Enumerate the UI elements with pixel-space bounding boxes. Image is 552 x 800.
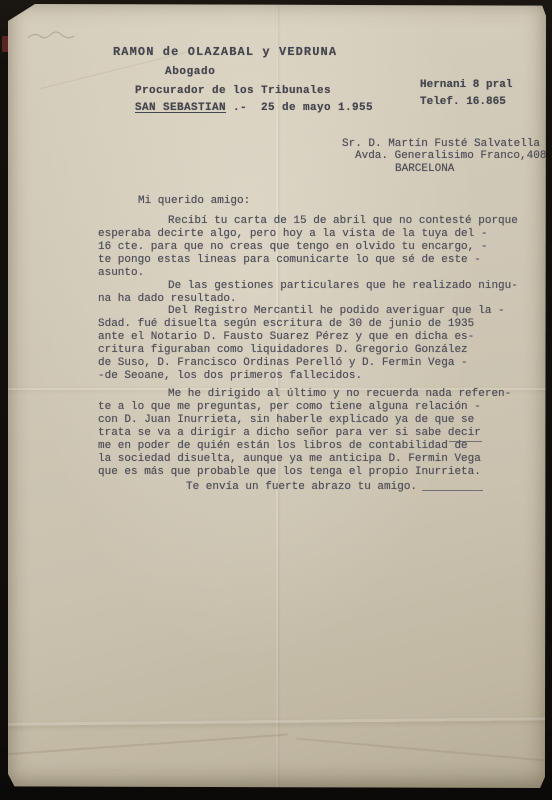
letter-line: me en poder de quién están los libros de… [98, 440, 506, 453]
letterhead-address: Hernani 8 pral [420, 79, 512, 92]
letterhead-date: .- 25 de mayo 1.955 [226, 102, 373, 114]
letter-line: esperaba decirte algo, pero hoy a la vis… [98, 228, 506, 241]
letter-paper: RAMON de OLAZABAL y VEDRUNA Abogado Proc… [8, 4, 546, 788]
letter-line: 16 cte. para que no creas que tengo en o… [98, 241, 506, 254]
typed-underline-mark [449, 441, 482, 442]
letter-line: asunto. [98, 267, 506, 280]
wrinkle-line [296, 738, 552, 763]
letter-line: Me he dirigido al último y no recuerda n… [98, 388, 506, 401]
letter-line: te a lo que me preguntas, per como tiene… [98, 401, 506, 414]
letterhead-name: RAMON de OLAZABAL y VEDRUNA [113, 46, 337, 59]
letterhead-phone: Telef. 16.865 [420, 96, 506, 109]
letter-line: critura figuraban como liquidadores D. G… [98, 344, 506, 357]
letter-line: Del Registro Mercantil he podido averigu… [98, 305, 506, 318]
letter-line: De las gestiones particulares que he rea… [98, 280, 506, 293]
letter-line: Recibí tu carta de 15 de abril que no co… [98, 215, 506, 228]
closing-line: Te envía un fuerte abrazo tu amigo. [186, 481, 417, 494]
letterhead-city-date: SAN SEBASTIAN .- 25 de mayo 1.955 [135, 102, 373, 115]
recipient-address: Avda. Generalisimo Franco,408 [355, 150, 546, 163]
wrinkle-line [0, 734, 288, 757]
letter-line: que es más que probable que los tenga el… [98, 466, 506, 479]
paragraph-2: De las gestiones particulares que he rea… [98, 280, 506, 306]
pencil-mark [24, 24, 78, 48]
letter-line: trata se va a dirigir a dicho señor para… [98, 427, 506, 440]
letterhead-title-1: Abogado [165, 66, 215, 79]
letter-line: la sociedad disuelta, aunque ya me antic… [98, 453, 506, 466]
letter-line: ante el Notario D. Fausto Suarez Pérez y… [98, 331, 506, 344]
salutation: Mi querido amigo: [138, 195, 250, 208]
letterhead-title-2: Procurador de los Tribunales [135, 85, 331, 98]
letterhead-city: SAN SEBASTIAN [135, 102, 226, 114]
letter-line: de Suso, D. Francisco Ordinas Perelló y … [98, 357, 506, 370]
paragraph-1: Recibí tu carta de 15 de abril que no co… [98, 215, 506, 280]
letter-line: te pongo estas lineas para comunicarte l… [98, 254, 506, 267]
letter-line: Sdad. fué disuelta según escritura de 30… [98, 318, 506, 331]
letter-line: con D. Juan Inurrieta, sin haberle expli… [98, 414, 506, 427]
paragraph-3: Del Registro Mercantil he podido averigu… [98, 305, 506, 383]
photo-background: RAMON de OLAZABAL y VEDRUNA Abogado Proc… [0, 0, 552, 800]
paragraph-4: Me he dirigido al último y no recuerda n… [98, 388, 506, 479]
recipient-city: BARCELONA [395, 163, 454, 176]
typed-underline-mark [422, 490, 483, 491]
letter-line: -de Seoane, los dos primeros fallecidos. [98, 370, 506, 383]
